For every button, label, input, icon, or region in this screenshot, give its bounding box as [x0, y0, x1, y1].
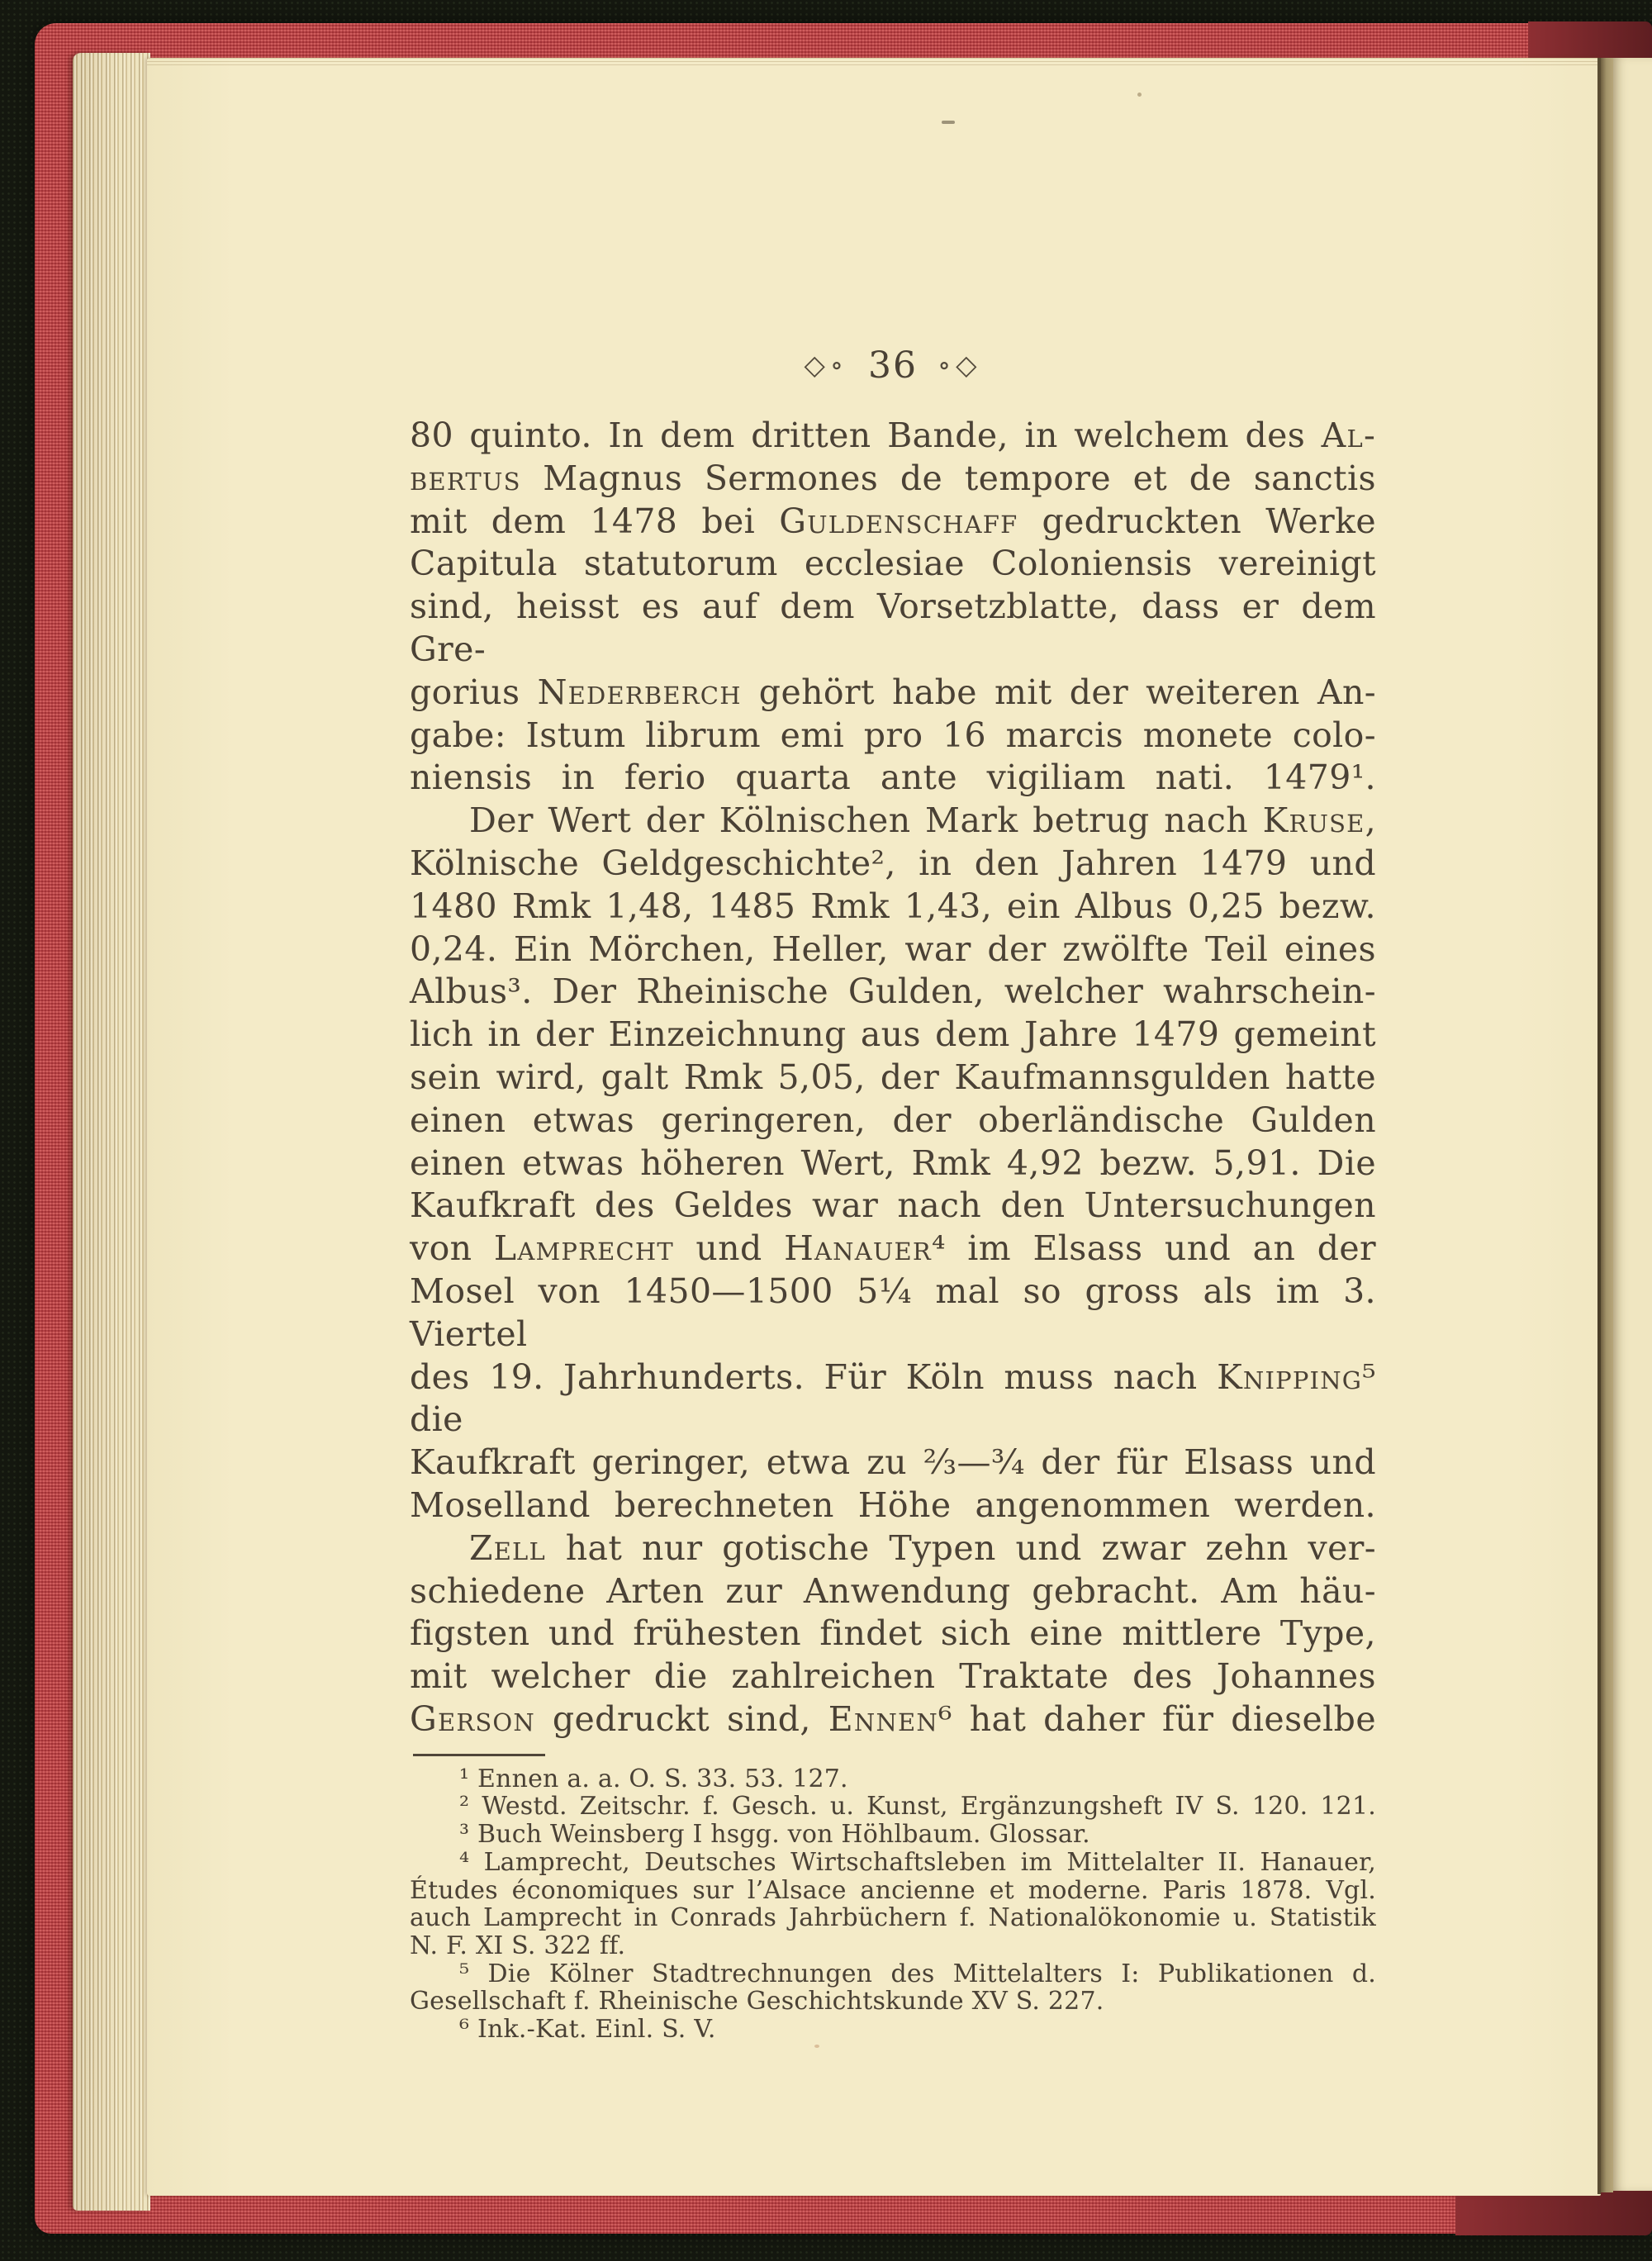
text-run: Kölnische Geldgeschichte², in den Jahren… [410, 843, 1376, 883]
page-top-edges [147, 58, 1601, 68]
text-run: Kaufkraft des Geldes war nach den Unters… [410, 1185, 1376, 1225]
footnote-separator [413, 1754, 545, 1756]
next-page-edge [1613, 58, 1652, 2191]
text-run: ⁴ Lamprecht, Deutsches Wirtschaftsleben … [459, 1848, 1376, 1877]
text-run: gabe: Istum librum emi pro 16 marcis mon… [410, 715, 1376, 755]
small-caps-name: Al- [1322, 416, 1376, 455]
text-run: Der Wert der Kölnischen Mark betrug nach [469, 800, 1263, 840]
text-line: 1480 Rmk 1,48, 1485 Rmk 1,43, ein Albus … [410, 886, 1376, 929]
text-run: einen etwas geringeren, der oberländisch… [410, 1100, 1376, 1140]
text-run: N. F. XI S. 322 ff. [410, 1931, 625, 1960]
text-line: Albus³. Der Rheinische Gulden, welcher w… [410, 971, 1376, 1014]
page-number: 36 [868, 344, 918, 387]
page-body: 80 quinto. In dem dritten Bande, in welc… [410, 415, 1376, 1741]
text-line: Mosel von 1450—1500 5¼ mal so gross als … [410, 1271, 1376, 1356]
text-run: und [674, 1228, 784, 1268]
text-run: sein wird, galt Rmk 5,05, der Kaufmannsg… [410, 1057, 1376, 1097]
text-line: einen etwas geringeren, der oberländisch… [410, 1100, 1376, 1142]
text-run: Albus³. Der Rheinische Gulden, welcher w… [410, 971, 1376, 1011]
text-line: mit welcher die zahlreichen Traktate des… [410, 1655, 1376, 1698]
text-line: Der Wert der Kölnischen Mark betrug nach… [410, 800, 1376, 843]
small-caps-name: Kruse [1263, 800, 1365, 840]
text-run: des 19. Jahrhunderts. Für Köln muss nach [410, 1357, 1217, 1397]
footnotes: ¹ Ennen a. a. O. S. 33. 53. 127.² Westd.… [410, 1765, 1376, 2044]
footnote-line: auch Lamprecht in Conrads Jahrbüchern f.… [410, 1904, 1376, 1932]
header-ornament-right-icon: ∘◇ [938, 349, 982, 381]
text-run: auch Lamprecht in Conrads Jahrbüchern f.… [410, 1903, 1376, 1932]
page-header: ◇∘36∘◇ [410, 342, 1376, 390]
small-caps-name: Ennen [828, 1699, 938, 1739]
page-edge-stack [73, 53, 150, 2211]
footnote-line: ¹ Ennen a. a. O. S. 33. 53. 127. [410, 1765, 1376, 1793]
text-run: niensis in ferio quarta ante vigiliam na… [410, 758, 1376, 797]
text-run: , [1365, 800, 1376, 840]
text-run: Moselland berechneten Höhe angenommen we… [410, 1485, 1376, 1525]
gutter-fold [1601, 58, 1613, 2192]
text-run: ² Westd. Zeitschr. f. Gesch. u. Kunst, E… [459, 1792, 1376, 1821]
small-caps-name: Knipping [1217, 1357, 1362, 1397]
footnote-line: Études économiques sur l’Alsace ancienne… [410, 1877, 1376, 1905]
text-run: Capitula statutorum ecclesiae Coloniensi… [410, 544, 1376, 583]
text-run: Gesellschaft f. Rheinische Geschichtskun… [410, 1987, 1104, 2016]
text-line: 0,24. Ein Mörchen, Heller, war der zwölf… [410, 929, 1376, 971]
book-photo: ◇∘36∘◇ 80 quinto. In dem dritten Bande, … [0, 0, 1652, 2261]
text-run: ⁶ hat daher für dieselbe [938, 1699, 1376, 1739]
text-run: gedruckten Werke [1018, 501, 1376, 541]
small-caps-name: Zell [469, 1528, 546, 1568]
header-ornament-left-icon: ◇∘ [804, 349, 848, 381]
text-run: gehört habe mit der weiteren An- [742, 672, 1376, 712]
paper-speck [942, 121, 955, 124]
text-run: lich in der Einzeichnung aus dem Jahre 1… [410, 1014, 1376, 1054]
text-line: von Lamprecht und Hanauer⁴ im Elsass und… [410, 1228, 1376, 1271]
text-line: sein wird, galt Rmk 5,05, der Kaufmannsg… [410, 1057, 1376, 1100]
text-run: einen etwas höheren Wert, Rmk 4,92 bezw.… [410, 1143, 1376, 1183]
text-run: ⁴ im Elsass und an der [932, 1228, 1376, 1268]
text-run: 80 quinto. In dem dritten Bande, in welc… [410, 416, 1322, 455]
text-line: Gerson gedruckt sind, Ennen⁶ hat daher f… [410, 1698, 1376, 1741]
text-run: Kaufkraft geringer, etwa zu ²⁄₃—³⁄₄ der … [410, 1442, 1376, 1482]
text-run: ⁶ Ink.-Kat. Einl. S. V. [459, 2015, 716, 2044]
text-line: Kaufkraft des Geldes war nach den Unters… [410, 1185, 1376, 1228]
text-line: sind, heisst es auf dem Vorsetzblatte, d… [410, 586, 1376, 672]
text-line: Zell hat nur gotische Typen und zwar zeh… [410, 1527, 1376, 1570]
footnote-line: ⁶ Ink.-Kat. Einl. S. V. [410, 2016, 1376, 2044]
text-line: gabe: Istum librum emi pro 16 marcis mon… [410, 715, 1376, 758]
text-run: mit welcher die zahlreichen Traktate des… [410, 1656, 1376, 1696]
text-line: Moselland berechneten Höhe angenommen we… [410, 1484, 1376, 1527]
text-line: des 19. Jahrhunderts. Für Köln muss nach… [410, 1356, 1376, 1442]
text-run: gorius [410, 672, 538, 712]
paper-speck [814, 2045, 819, 2048]
text-run: Mosel von 1450—1500 5¼ mal so gross als … [410, 1271, 1376, 1354]
text-run: gedruckt sind, [535, 1699, 828, 1739]
text-run: figsten und frühesten findet sich eine m… [410, 1613, 1376, 1653]
paper-speck [1137, 93, 1142, 97]
text-block: ◇∘36∘◇ 80 quinto. In dem dritten Bande, … [410, 342, 1376, 2044]
footnote-line: ² Westd. Zeitschr. f. Gesch. u. Kunst, E… [410, 1793, 1376, 1821]
text-line: Capitula statutorum ecclesiae Coloniensi… [410, 543, 1376, 586]
footnote-line: Gesellschaft f. Rheinische Geschichtskun… [410, 1988, 1376, 2016]
text-line: schiedene Arten zur Anwendung gebracht. … [410, 1570, 1376, 1613]
text-run: mit dem 1478 bei [410, 501, 779, 541]
book-page: ◇∘36∘◇ 80 quinto. In dem dritten Bande, … [147, 58, 1601, 2196]
small-caps-name: Nederberch [538, 672, 742, 712]
text-run: 0,24. Ein Mörchen, Heller, war der zwölf… [410, 929, 1376, 969]
text-run: 1480 Rmk 1,48, 1485 Rmk 1,43, ein Albus … [410, 886, 1376, 926]
text-run: von [410, 1228, 494, 1268]
footnote-line: N. F. XI S. 322 ff. [410, 1932, 1376, 1960]
footnote-line: ⁵ Die Kölner Stadtrechnungen des Mittela… [410, 1960, 1376, 1988]
text-line: lich in der Einzeichnung aus dem Jahre 1… [410, 1014, 1376, 1057]
small-caps-name: Hanauer [784, 1228, 932, 1268]
small-caps-name: Lamprecht [494, 1228, 674, 1268]
text-line: mit dem 1478 bei Guldenschaff gedruckten… [410, 501, 1376, 544]
text-line: figsten und frühesten findet sich eine m… [410, 1613, 1376, 1655]
text-line: einen etwas höheren Wert, Rmk 4,92 bezw.… [410, 1142, 1376, 1185]
text-run: ¹ Ennen a. a. O. S. 33. 53. 127. [459, 1765, 848, 1793]
small-caps-name: bertus [410, 458, 521, 498]
footnote-line: ⁴ Lamprecht, Deutsches Wirtschaftsleben … [410, 1849, 1376, 1877]
footnote-line: ³ Buch Weinsberg I hsgg. von Höhlbaum. G… [410, 1821, 1376, 1849]
small-caps-name: Guldenschaff [779, 501, 1018, 541]
small-caps-name: Gerson [410, 1699, 535, 1739]
text-line: niensis in ferio quarta ante vigiliam na… [410, 757, 1376, 800]
text-run: ³ Buch Weinsberg I hsgg. von Höhlbaum. G… [459, 1820, 1090, 1849]
text-line: gorius Nederberch gehört habe mit der we… [410, 672, 1376, 715]
text-run: Études économiques sur l’Alsace ancienne… [410, 1876, 1376, 1905]
text-line: Kölnische Geldgeschichte², in den Jahren… [410, 843, 1376, 886]
text-run: hat nur gotische Typen und zwar zehn ver… [546, 1528, 1376, 1568]
text-line: Kaufkraft geringer, etwa zu ²⁄₃—³⁄₄ der … [410, 1442, 1376, 1484]
text-run: Magnus Sermones de tempore et de sanctis [521, 458, 1376, 498]
text-line: 80 quinto. In dem dritten Bande, in welc… [410, 415, 1376, 458]
text-run: sind, heisst es auf dem Vorsetzblatte, d… [410, 587, 1376, 669]
text-run: schiedene Arten zur Anwendung gebracht. … [410, 1571, 1376, 1611]
text-line: bertus Magnus Sermones de tempore et de … [410, 458, 1376, 501]
text-run: ⁵ Die Kölner Stadtrechnungen des Mittela… [459, 1959, 1376, 1988]
